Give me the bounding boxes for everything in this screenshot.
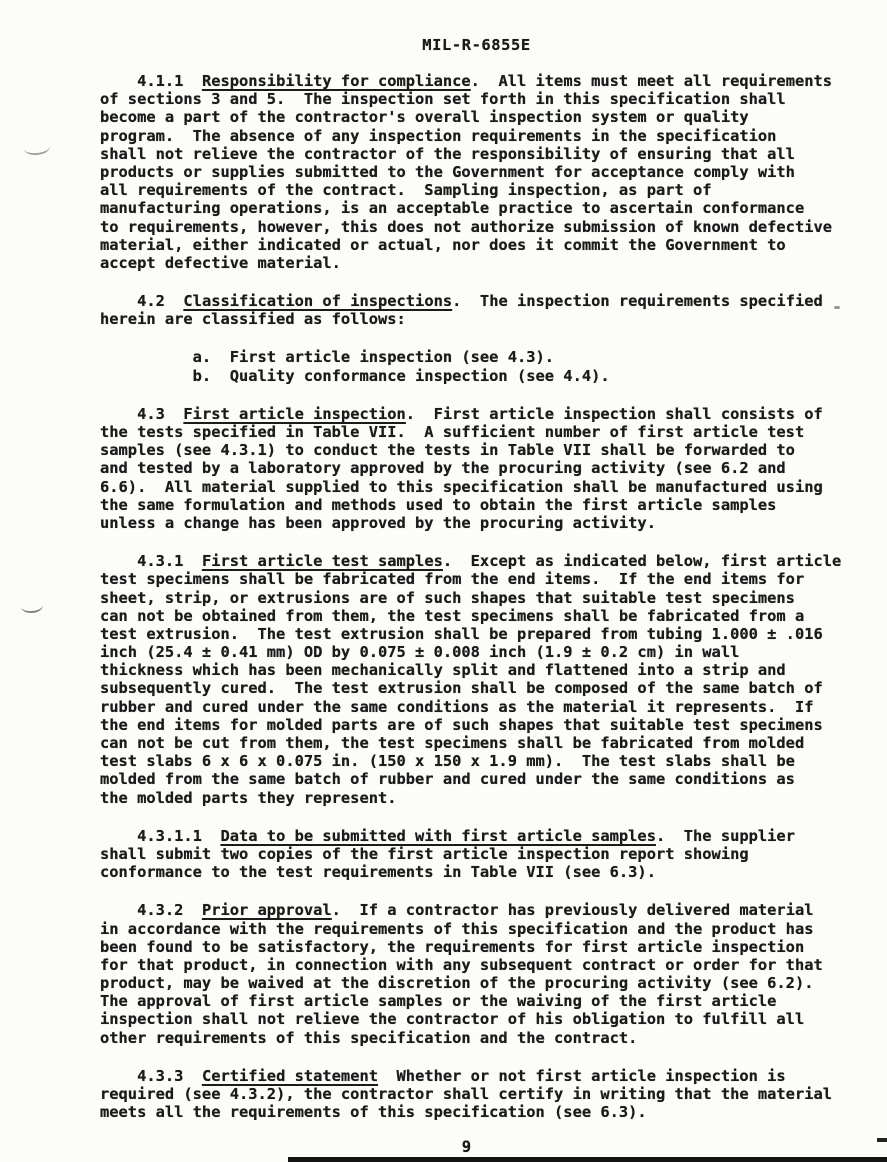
text-line: samples (see 4.3.1) to conduct the tests… — [100, 441, 841, 459]
text-line: inspection shall not relieve the contrac… — [100, 1010, 841, 1028]
text-line: been found to be satisfactory, the requi… — [100, 938, 841, 956]
section-heading-underlined: Classification of inspections — [183, 292, 452, 310]
text-line: subsequently cured. The test extrusion s… — [100, 679, 841, 697]
text-line: thickness which has been mechanically sp… — [100, 661, 841, 679]
paragraph-4.3.1: 4.3.1 First article test samples. Except… — [100, 552, 841, 807]
text-line: product, may be waived at the discretion… — [100, 974, 841, 992]
scan-bottom-bar — [288, 1157, 887, 1162]
text-line: can not be cut from them, the test speci… — [100, 734, 841, 752]
text-line: 4.3.3 Certified statement Whether or not… — [100, 1067, 841, 1085]
paragraph-4.2-list: a. First article inspection (see 4.3). b… — [100, 348, 841, 384]
text-line: 4.1.1 Responsibility for compliance. All… — [100, 72, 841, 90]
paragraph-4.3.3: 4.3.3 Certified statement Whether or not… — [100, 1067, 841, 1122]
paragraph-4.2: 4.2 Classification of inspections. The i… — [100, 292, 841, 328]
text-line: the tests specified in Table VII. A suff… — [100, 423, 841, 441]
text-line: required (see 4.3.2), the contractor sha… — [100, 1085, 841, 1103]
text-line: test slabs 6 x 6 x 0.075 in. (150 x 150 … — [100, 752, 841, 770]
text-line: other requirements of this specification… — [100, 1029, 841, 1047]
text-line: molded from the same batch of rubber and… — [100, 770, 841, 788]
pencil-mark — [23, 139, 50, 157]
text-line: manufacturing operations, is an acceptab… — [100, 199, 841, 217]
text-line: the end items for molded parts are of su… — [100, 716, 841, 734]
section-heading-underlined: Data to be submitted with first article … — [220, 827, 656, 845]
text-line: can not be obtained from them, the test … — [100, 607, 841, 625]
text-line: inch (25.4 ± 0.41 mm) OD by 0.075 ± 0.00… — [100, 643, 841, 661]
text-line: test extrusion. The test extrusion shall… — [100, 625, 841, 643]
text-line: test specimens shall be fabricated from … — [100, 570, 841, 588]
text-line: rubber and cured under the same conditio… — [100, 698, 841, 716]
paragraph-4.1.1: 4.1.1 Responsibility for compliance. All… — [100, 72, 841, 272]
section-heading-underlined: Responsibility for compliance — [202, 72, 471, 90]
text-line: a. First article inspection (see 4.3). — [100, 348, 841, 366]
text-line: meets all the requirements of this speci… — [100, 1103, 841, 1121]
text-line: the same formulation and methods used to… — [100, 496, 841, 514]
text-line: unless a change has been approved by the… — [100, 514, 841, 532]
section-heading-underlined: First article inspection — [183, 405, 405, 423]
pencil-mark — [20, 598, 43, 614]
text-line: material, either indicated or actual, no… — [100, 236, 841, 254]
text-line: of sections 3 and 5. The inspection set … — [100, 90, 841, 108]
spec-number-header: MIL-R-6855E — [33, 36, 887, 54]
text-line: herein are classified as follows: — [100, 310, 841, 328]
document-body: 4.1.1 Responsibility for compliance. All… — [100, 72, 841, 1121]
text-line: b. Quality conformance inspection (see 4… — [100, 367, 841, 385]
text-line: 4.3.1.1 Data to be submitted with first … — [100, 827, 841, 845]
page-number: 9 — [23, 1138, 887, 1156]
text-line: and tested by a laboratory approved by t… — [100, 459, 841, 477]
text-line: 4.2 Classification of inspections. The i… — [100, 292, 841, 310]
text-line: the molded parts they represent. — [100, 789, 841, 807]
text-line: shall submit two copies of the first art… — [100, 845, 841, 863]
text-line: accept defective material. — [100, 254, 841, 272]
text-line: 4.3 First article inspection. First arti… — [100, 405, 841, 423]
scan-speck — [834, 306, 840, 309]
scan-edge-mark — [877, 1138, 887, 1142]
paragraph-4.3.2: 4.3.2 Prior approval. If a contractor ha… — [100, 901, 841, 1047]
text-line: for that product, in connection with any… — [100, 956, 841, 974]
text-line: become a part of the contractor's overal… — [100, 108, 841, 126]
paragraph-4.3.1.1: 4.3.1.1 Data to be submitted with first … — [100, 827, 841, 882]
paragraph-4.3: 4.3 First article inspection. First arti… — [100, 405, 841, 532]
document-page: MIL-R-6855E 4.1.1 Responsibility for com… — [0, 0, 887, 1162]
text-line: 4.3.1 First article test samples. Except… — [100, 552, 841, 570]
text-line: 4.3.2 Prior approval. If a contractor ha… — [100, 901, 841, 919]
text-line: to requirements, however, this does not … — [100, 218, 841, 236]
text-line: sheet, strip, or extrusions are of such … — [100, 589, 841, 607]
text-line: products or supplies submitted to the Go… — [100, 163, 841, 181]
text-line: The approval of first article samples or… — [100, 992, 841, 1010]
section-heading-underlined: First article test samples — [202, 552, 443, 570]
section-heading-underlined: Prior approval — [202, 901, 332, 919]
text-line: shall not relieve the contractor of the … — [100, 145, 841, 163]
text-line: all requirements of the contract. Sampli… — [100, 181, 841, 199]
text-line: 6.6). All material supplied to this spec… — [100, 478, 841, 496]
section-heading-underlined: Certified statement — [202, 1067, 378, 1085]
text-line: conformance to the test requirements in … — [100, 863, 841, 881]
text-line: in accordance with the requirements of t… — [100, 920, 841, 938]
text-line: program. The absence of any inspection r… — [100, 127, 841, 145]
